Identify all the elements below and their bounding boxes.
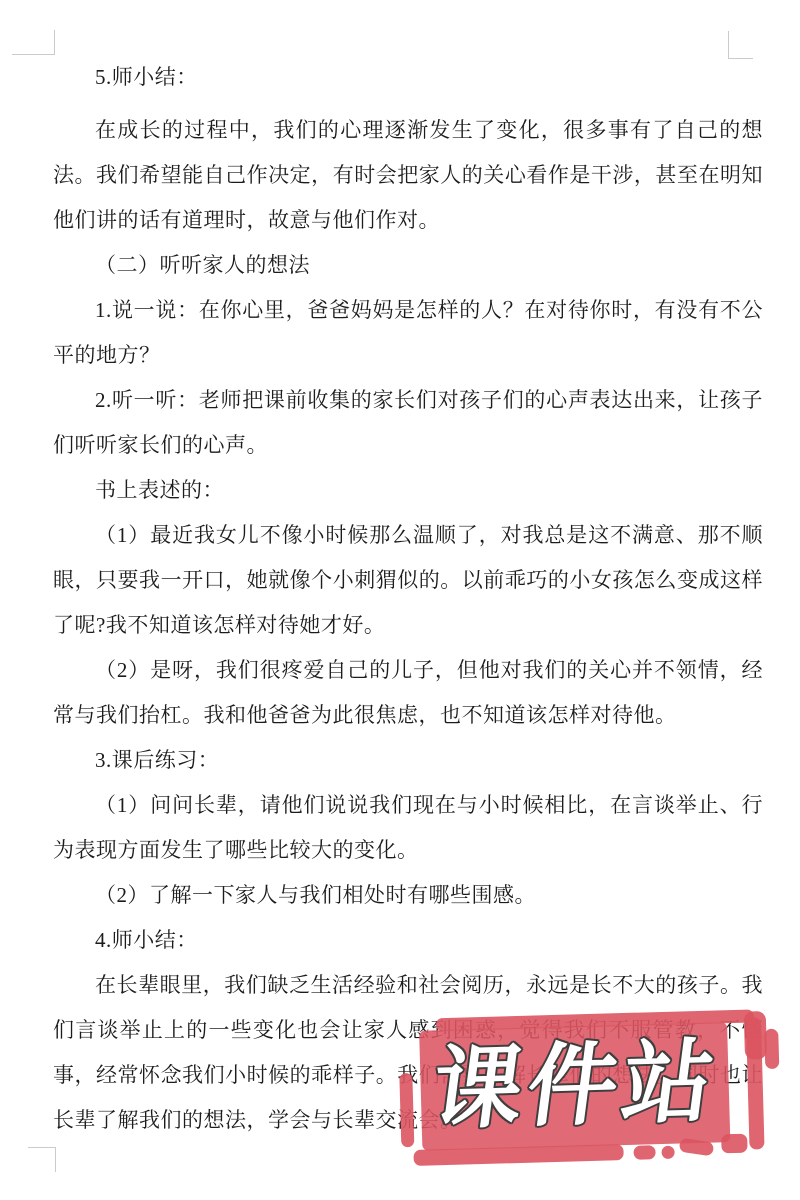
- document-paragraph: 书上表述的：: [53, 468, 763, 513]
- document-paragraph: 2.听一听：老师把课前收集的家长们对孩子们的心声表达出来，让孩子们听听家长们的心…: [53, 378, 763, 468]
- document-content: 5.师小结：在成长的过程中，我们的心理逐渐发生了变化，很多事有了自己的想法。我们…: [53, 55, 763, 1143]
- document-paragraph: （二）听听家人的想法: [53, 243, 763, 288]
- stamp-border-right-blob: [764, 1029, 779, 1069]
- crop-mark-bottom-left: [55, 1147, 56, 1172]
- stamp-label: 课件站: [426, 1037, 723, 1135]
- document-paragraph: 在成长的过程中，我们的心理逐渐发生了变化，很多事有了自己的想法。我们希望能自己作…: [53, 108, 763, 243]
- document-paragraph: 3.课后练习：: [53, 738, 763, 783]
- document-paragraph: （2）是呀，我们很疼爱自己的儿子，但他对我们的关心并不领情，经常与我们抬杠。我和…: [53, 648, 763, 738]
- crop-mark-bottom-left: [28, 1147, 55, 1148]
- document-paragraph: 1.说一说：在你心里，爸爸妈妈是怎样的人？在对待你时，有没有不公平的地方？: [53, 288, 763, 378]
- document-paragraph: （1）最近我女儿不像小时候那么温顺了，对我总是这不满意、那不顺眼，只要我一开口，…: [53, 513, 763, 648]
- kejianzhan-stamp-watermark: 课件站: [392, 1001, 789, 1192]
- crop-mark-top-left: [12, 54, 55, 55]
- document-paragraph: 5.师小结：: [53, 55, 763, 100]
- document-paragraph: 4.师小结：: [53, 918, 763, 963]
- document-paragraph: （1）问问长辈，请他们说说我们现在与小时候相比，在言谈举止、行为表现方面发生了哪…: [53, 783, 763, 873]
- crop-mark-top-left: [54, 30, 55, 55]
- crop-mark-top-right: [728, 31, 729, 58]
- document-paragraph: （2）了解一下家人与我们相处时有哪些围感。: [53, 873, 763, 918]
- document-page: { "page": { "background": "#ffffff", "te…: [0, 0, 800, 1200]
- stamp-border-bottom: [633, 1145, 655, 1160]
- stamp-border-dot: [661, 1146, 674, 1159]
- stamp-body: 课件站: [419, 1022, 730, 1151]
- stamp-border-left: [399, 1073, 414, 1147]
